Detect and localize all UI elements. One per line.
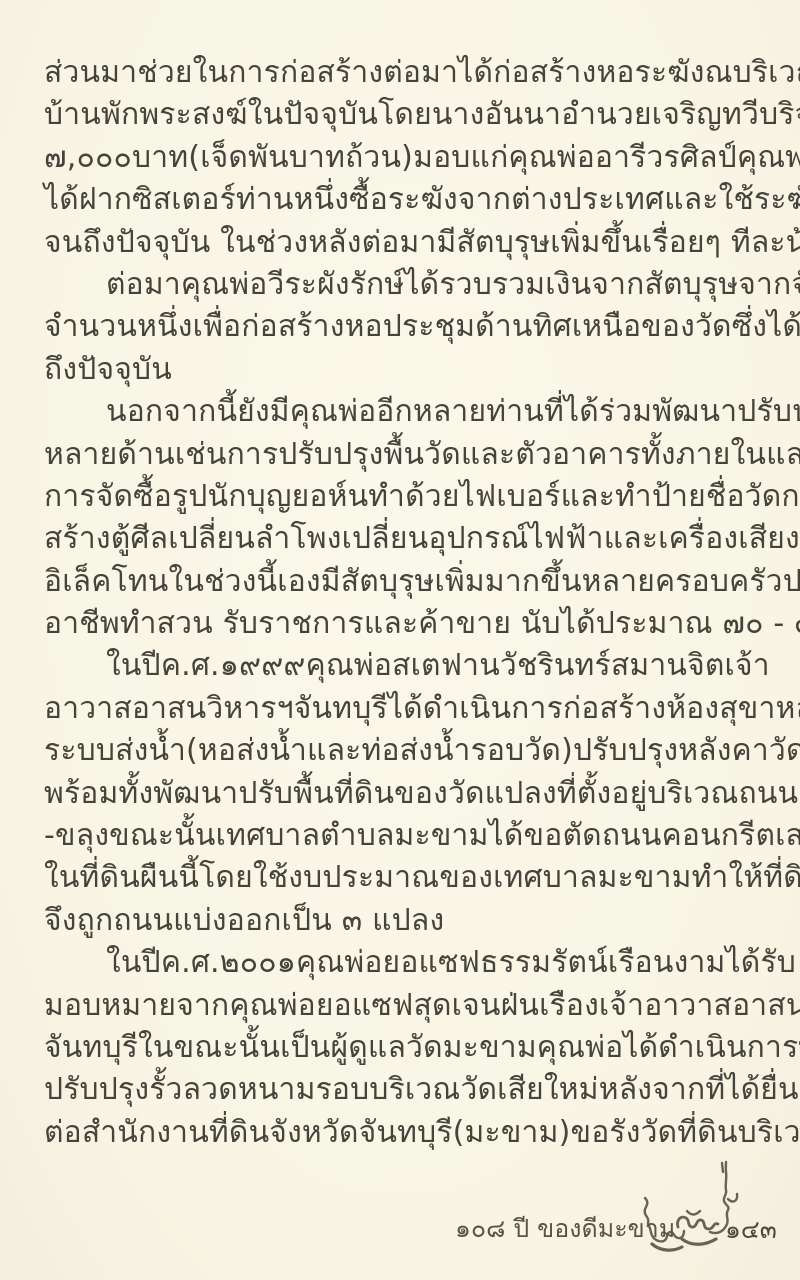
footer-caption: ๑๐๘ ปี ของดีมะขาม: [455, 1212, 675, 1246]
text-line: จนถึงปัจจุบัน ในช่วงหลังต่อมามีสัตบุรุษเ…: [44, 222, 754, 264]
text-line: ระบบส่งน้ำ(หอส่งน้ำและท่อส่งน้ำรอบวัด)ปร…: [44, 730, 754, 772]
text-line: ในที่ดินผืนนี้โดยใช้งบประมาณของเทศบาลมะข…: [44, 857, 754, 899]
text-line: ในปีค.ศ.๒๐๐๑คุณพ่อยอแซฟธรรมรัตน์เรือนงาม…: [44, 942, 754, 984]
text-line: อิเล็คโทนในช่วงนี้เองมีสัตบุรุษเพิ่มมากข…: [44, 561, 754, 603]
text-line: บ้านพักพระสงฆ์ในปัจจุบันโดยนางอันนาอำนวย…: [44, 94, 754, 136]
text-line: จันทบุรีในขณะนั้นเป็นผู้ดูแลวัดมะขามคุณพ…: [44, 1027, 754, 1069]
text-line: หลายด้านเช่นการปรับปรุงพื้นวัดและตัวอาคา…: [44, 434, 754, 476]
text-line: พร้อมทั้งพัฒนาปรับพื้นที่ดินของวัดแปลงที…: [44, 773, 754, 815]
text-line: ในปีค.ศ.๑๙๙๙คุณพ่อสเตฟานวัชรินทร์สมานจิต…: [44, 645, 754, 687]
page-number: ๑๔๓: [725, 1213, 777, 1247]
text-line: ๗,๐๐๐บาท(เจ็ดพันบาทถ้วน)มอบแก่คุณพ่ออารี…: [44, 137, 754, 179]
text-line: นอกจากนี้ยังมีคุณพ่ออีกหลายท่านที่ได้ร่ว…: [44, 391, 754, 433]
text-line: ปรับปรุงรั้วลวดหนามรอบบริเวณวัดเสียใหม่ห…: [44, 1069, 754, 1111]
text-line: การจัดซื้อรูปนักบุญยอห์นทำด้วยไฟเบอร์และ…: [44, 476, 754, 518]
text-line: มอบหมายจากคุณพ่อยอแซฟสุดเจนฝ่นเรืองเจ้าอ…: [44, 985, 754, 1027]
text-line: จำนวนหนึ่งเพื่อก่อสร้างหอประชุมด้านทิศเห…: [44, 306, 754, 348]
scanned-page: ส่วนมาช่วยในการก่อสร้างต่อมาได้ก่อสร้างห…: [0, 0, 800, 1280]
text-line: ได้ฝากซิสเตอร์ท่านหนึ่งซื้อระฆังจากต่างป…: [44, 179, 754, 221]
text-line: ส่วนมาช่วยในการก่อสร้างต่อมาได้ก่อสร้างห…: [44, 52, 754, 94]
text-line: จึงถูกถนนแบ่งออกเป็น ๓ แปลง: [44, 900, 754, 942]
text-line: -ขลุงขณะนั้นเทศบาลตำบลมะขามได้ขอตัดถนนคอ…: [44, 815, 754, 857]
document-body: ส่วนมาช่วยในการก่อสร้างต่อมาได้ก่อสร้างห…: [44, 52, 754, 1154]
text-line: อาชีพทำสวน รับราชการและค้าขาย นับได้ประม…: [44, 603, 754, 645]
text-line: ถึงปัจจุบัน: [44, 349, 754, 391]
text-line: สร้างตู้ศีลเปลี่ยนลำโพงเปลี่ยนอุปกรณ์ไฟฟ…: [44, 518, 754, 560]
text-line: ต่อสำนักงานที่ดินจังหวัดจันทบุรี(มะขาม)ข…: [44, 1112, 754, 1154]
text-line: ต่อมาคุณพ่อวีระผังรักษ์ได้รวบรวมเงินจากส…: [44, 264, 754, 306]
text-line: อาวาสอาสนวิหารฯจันทบุรีได้ดำเนินการก่อสร…: [44, 688, 754, 730]
